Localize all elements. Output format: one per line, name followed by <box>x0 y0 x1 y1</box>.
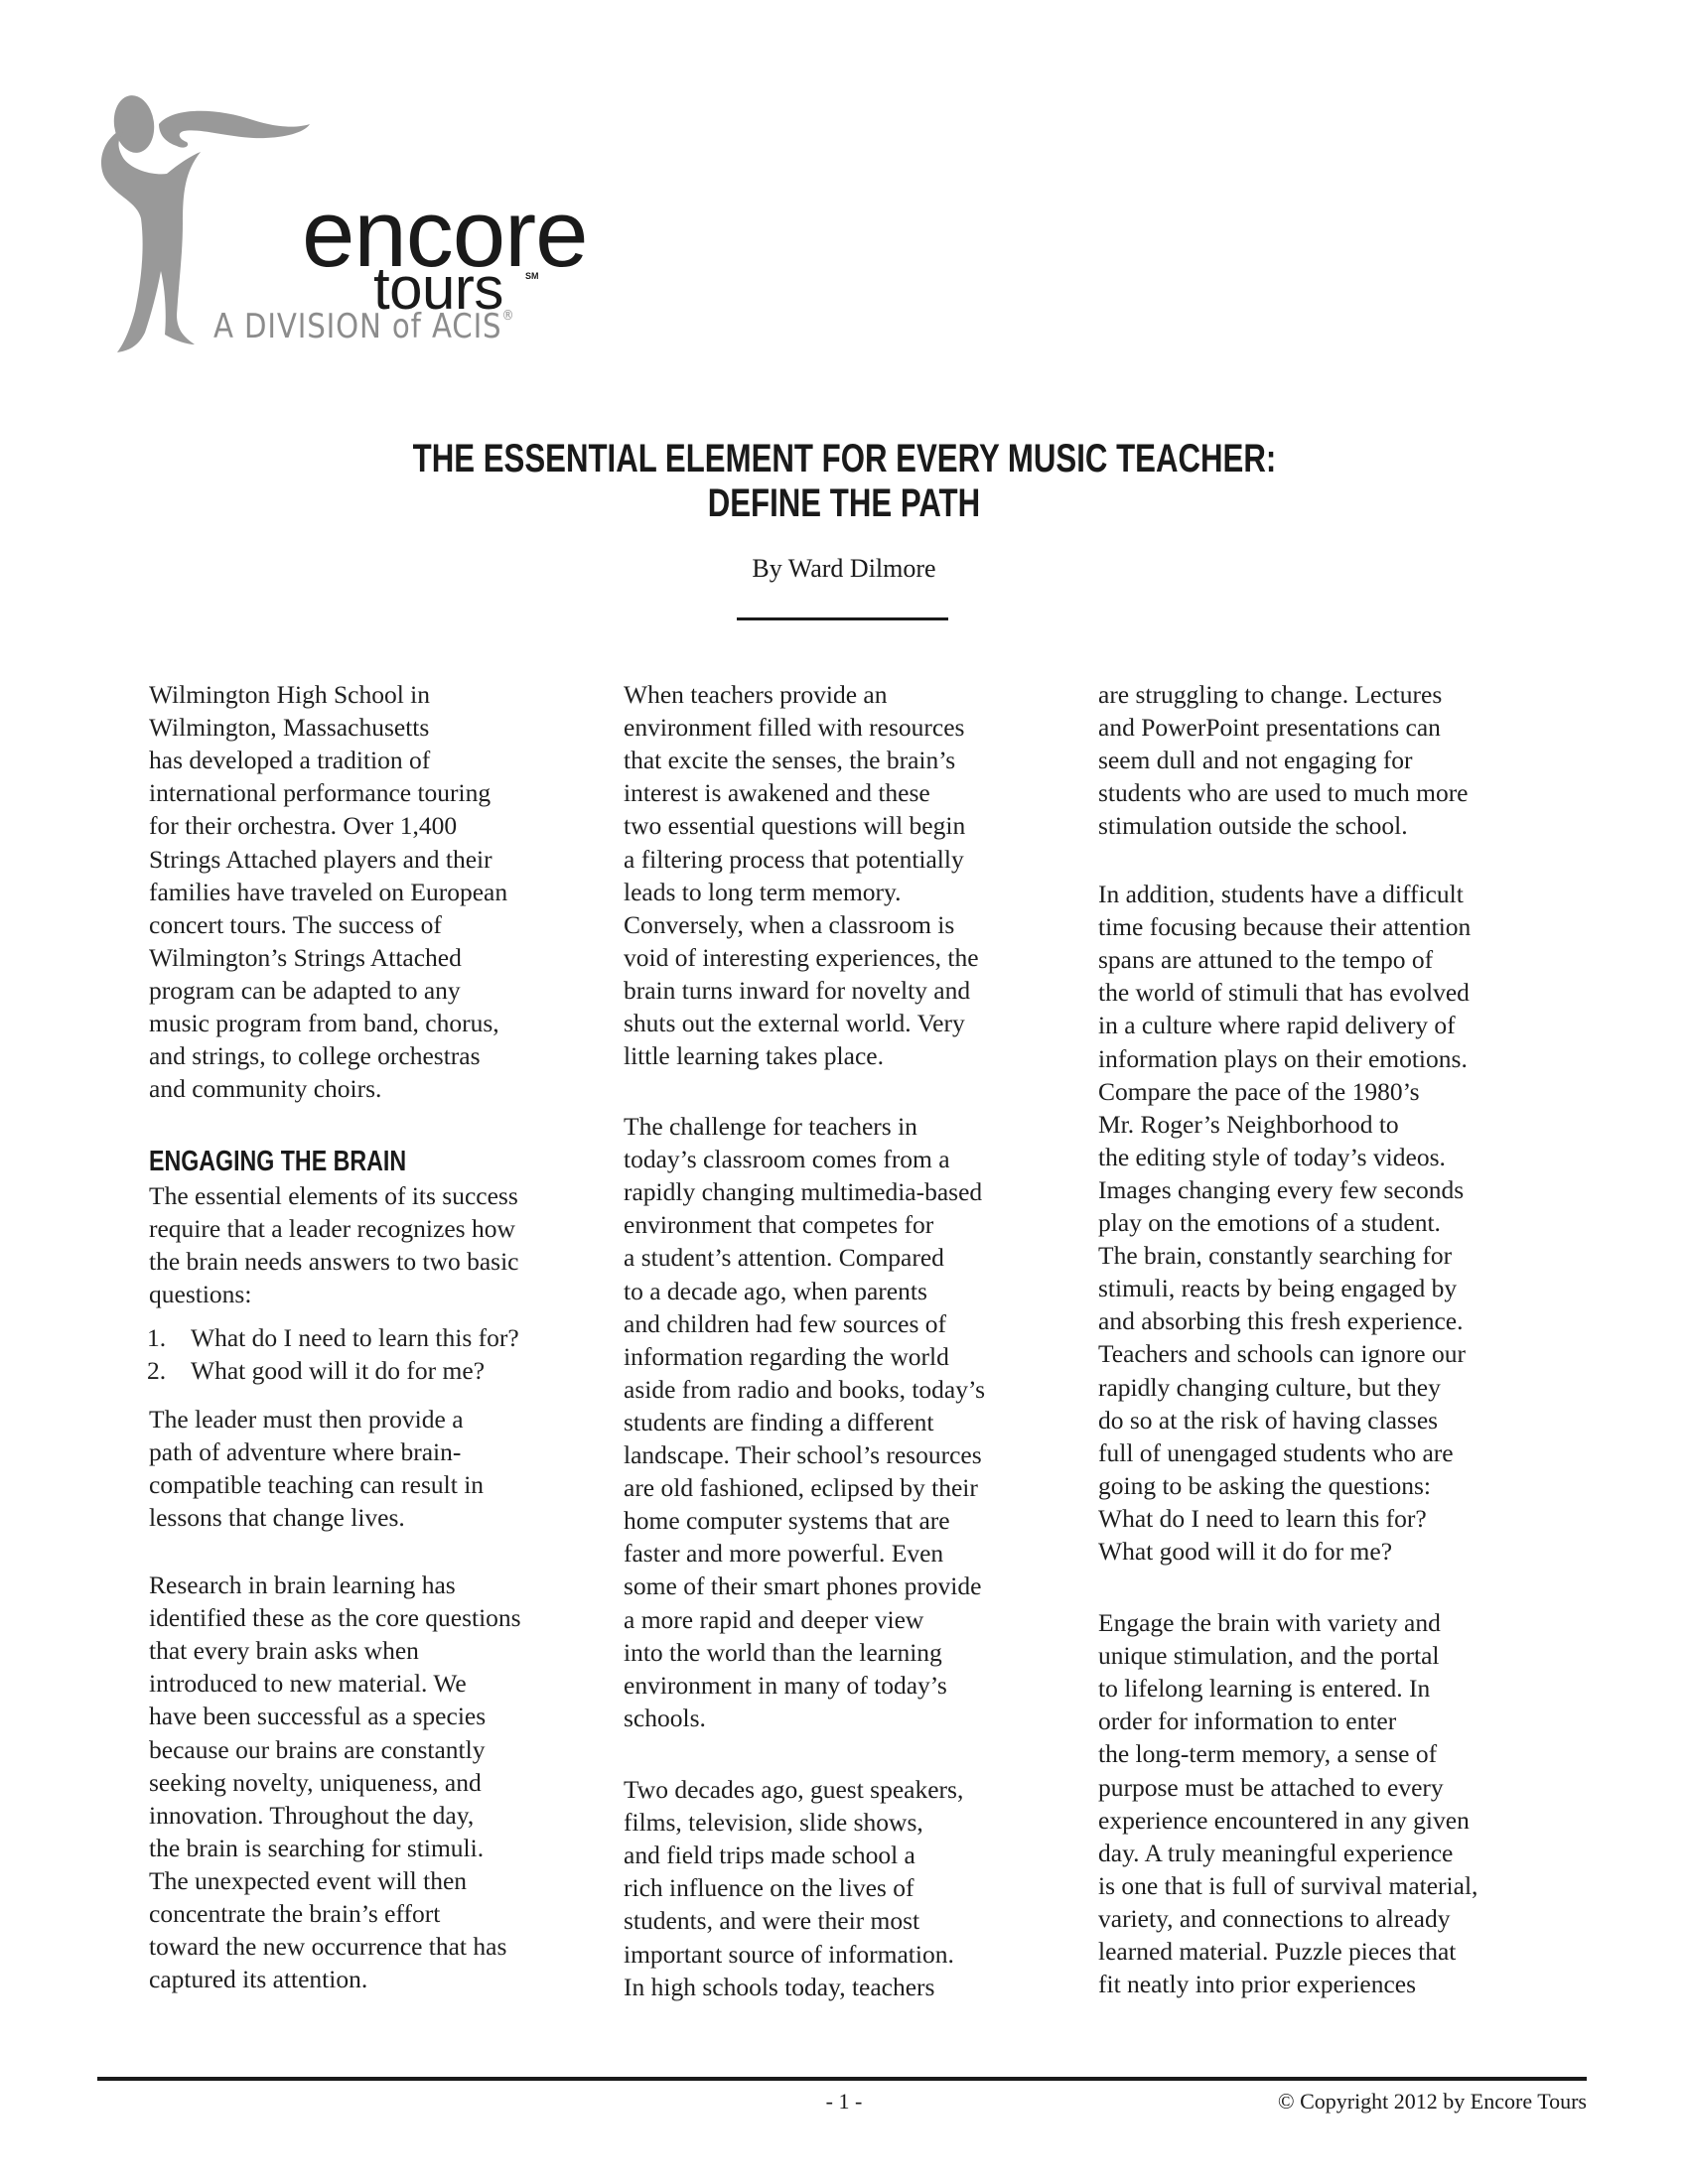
paragraph-line: going to be asking the questions: <box>1098 1471 1431 1501</box>
paragraph-line: The challenge for teachers in <box>624 1112 917 1142</box>
paragraph-line: fit neatly into prior experiences <box>1098 1970 1416 1999</box>
registered-mark: ® <box>501 308 513 324</box>
paragraph-line: today’s classroom comes from a <box>624 1145 950 1174</box>
paragraph-line: international performance touring <box>149 778 491 808</box>
paragraph-line: and field trips made school a <box>624 1841 915 1870</box>
copyright-notice: © Copyright 2012 by Encore Tours <box>1278 2089 1587 2115</box>
paragraph-line: play on the emotions of a student. <box>1098 1208 1441 1238</box>
division-text: A DIVISION of ACIS <box>213 307 501 346</box>
paragraph-line: shuts out the external world. Very <box>624 1009 965 1038</box>
paragraph-line: students who are used to much more <box>1098 778 1469 808</box>
document-page: encore tours SM A DIVISION of ACIS® THE … <box>0 0 1688 2184</box>
paragraph-line: environment filled with resources <box>624 713 964 743</box>
paragraph-line: the brain is searching for stimuli. <box>149 1834 484 1863</box>
paragraph-line: Wilmington, Massachusetts <box>149 713 429 743</box>
paragraph-line: The leader must then provide a <box>149 1405 464 1434</box>
paragraph-line: What good will it do for me? <box>1098 1537 1392 1567</box>
paragraph-line: are old fashioned, eclipsed by their <box>624 1473 978 1503</box>
paragraph-line: experience encountered in any given <box>1098 1806 1470 1836</box>
paragraph-line: into the world than the learning <box>624 1638 942 1668</box>
paragraph-line: because our brains are constantly <box>149 1735 485 1765</box>
paragraph-line: the brain needs answers to two basic <box>149 1247 518 1277</box>
paragraph-line: time focusing because their attention <box>1098 912 1471 942</box>
paragraph-line: In high schools today, teachers <box>624 1973 934 2002</box>
paragraph-line: to a decade ago, when parents <box>624 1277 927 1306</box>
paragraph-line: a more rapid and deeper view <box>624 1605 923 1635</box>
paragraph-line: music program from band, chorus, <box>149 1009 499 1038</box>
title-text-2: DEFINE THE PATH <box>708 481 980 526</box>
paragraph-line: for their orchestra. Over 1,400 <box>149 811 457 841</box>
article-title-line-1: THE ESSENTIAL ELEMENT FOR EVERY MUSIC TE… <box>0 437 1688 481</box>
paragraph-line: some of their smart phones provide <box>624 1571 981 1601</box>
paragraph-line: have been successful as a species <box>149 1702 486 1731</box>
paragraph-line: students, and were their most <box>624 1906 919 1936</box>
paragraph-line: The unexpected event will then <box>149 1866 467 1896</box>
encore-tours-logo: encore tours SM A DIVISION of ACIS® <box>79 84 556 382</box>
section-heading: ENGAGING THE BRAIN <box>149 1147 406 1176</box>
paragraph-line: is one that is full of survival material… <box>1098 1871 1477 1901</box>
paragraph-line: Compare the pace of the 1980’s <box>1098 1077 1420 1107</box>
paragraph-line: and strings, to college orchestras <box>149 1041 481 1071</box>
paragraph-line: aside from radio and books, today’s <box>624 1375 985 1405</box>
paragraph-line: and absorbing this fresh experience. <box>1098 1306 1464 1336</box>
paragraph-line: introduced to new material. We <box>149 1669 467 1699</box>
paragraph-line: innovation. Throughout the day, <box>149 1801 474 1831</box>
byline: By Ward Dilmore <box>0 554 1688 584</box>
paragraph-line: Research in brain learning has <box>149 1570 456 1600</box>
paragraph-line: that every brain asks when <box>149 1636 419 1666</box>
paragraph-line: identified these as the core questions <box>149 1603 521 1633</box>
paragraph-line: leads to long term memory. <box>624 878 902 907</box>
paragraph-line: void of interesting experiences, the <box>624 943 979 973</box>
list-text: What do I need to learn this for? <box>191 1323 519 1353</box>
paragraph-line: lessons that change lives. <box>149 1503 405 1533</box>
service-mark: SM <box>525 271 539 281</box>
paragraph-line: and PowerPoint presentations can <box>1098 713 1441 743</box>
paragraph-line: the editing style of today’s videos. <box>1098 1143 1446 1172</box>
paragraph-line: a student’s attention. Compared <box>624 1243 944 1273</box>
paragraph-line: In addition, students have a difficult <box>1098 880 1464 909</box>
paragraph-line: learned material. Puzzle pieces that <box>1098 1937 1456 1967</box>
title-divider <box>737 617 948 620</box>
paragraph-line: stimulation outside the school. <box>1098 811 1408 841</box>
paragraph-line: Teachers and schools can ignore our <box>1098 1339 1466 1369</box>
paragraph-line: day. A truly meaningful experience <box>1098 1839 1453 1868</box>
paragraph-line: schools. <box>624 1704 706 1733</box>
paragraph-line: environment in many of today’s <box>624 1671 947 1701</box>
paragraph-line: families have traveled on European <box>149 878 507 907</box>
list-number: 1. <box>147 1323 166 1353</box>
paragraph-line: a filtering process that potentially <box>624 845 964 875</box>
paragraph-line: seeking novelty, uniqueness, and <box>149 1768 482 1798</box>
paragraph-line: and community choirs. <box>149 1074 381 1104</box>
paragraph-line: are struggling to change. Lectures <box>1098 680 1442 710</box>
paragraph-line: Wilmington’s Strings Attached <box>149 943 462 973</box>
paragraph-line: information regarding the world <box>624 1342 949 1372</box>
paragraph-line: order for information to enter <box>1098 1706 1396 1736</box>
paragraph-line: toward the new occurrence that has <box>149 1932 506 1962</box>
paragraph-line: purpose must be attached to every <box>1098 1773 1444 1803</box>
paragraph-line: questions: <box>149 1280 251 1309</box>
paragraph-line: program can be adapted to any <box>149 976 461 1006</box>
paragraph-line: variety, and connections to already <box>1098 1904 1451 1934</box>
article-title-line-2: DEFINE THE PATH <box>0 481 1688 526</box>
list-text: What good will it do for me? <box>191 1356 485 1386</box>
paragraph-line: stimuli, reacts by being engaged by <box>1098 1274 1457 1303</box>
paragraph-line: important source of information. <box>624 1940 954 1970</box>
paragraph-line: environment that competes for <box>624 1210 933 1240</box>
paragraph-line: faster and more powerful. Even <box>624 1539 943 1569</box>
paragraph-line: When teachers provide an <box>624 680 888 710</box>
footer-divider <box>97 2077 1587 2081</box>
paragraph-line: compatible teaching can result in <box>149 1470 484 1500</box>
paragraph-line: rapidly changing culture, but they <box>1098 1373 1441 1403</box>
paragraph-line: little learning takes place. <box>624 1041 884 1071</box>
paragraph-line: rich influence on the lives of <box>624 1873 914 1903</box>
paragraph-line: Engage the brain with variety and <box>1098 1608 1441 1638</box>
paragraph-line: interest is awakened and these <box>624 778 930 808</box>
paragraph-line: Conversely, when a classroom is <box>624 910 954 940</box>
paragraph-line: do so at the risk of having classes <box>1098 1406 1438 1435</box>
paragraph-line: concentrate the brain’s effort <box>149 1899 440 1929</box>
paragraph-line: students are finding a different <box>624 1408 934 1437</box>
paragraph-line: concert tours. The success of <box>149 910 442 940</box>
paragraph-line: the long-term memory, a sense of <box>1098 1739 1437 1769</box>
paragraph-line: The brain, constantly searching for <box>1098 1241 1452 1271</box>
paragraph-line: brain turns inward for novelty and <box>624 976 970 1006</box>
paragraph-line: and children had few sources of <box>624 1309 946 1339</box>
paragraph-line: full of unengaged students who are <box>1098 1438 1454 1468</box>
paragraph-line: Images changing every few seconds <box>1098 1175 1464 1205</box>
paragraph-line: that excite the senses, the brain’s <box>624 746 955 775</box>
title-text-1: THE ESSENTIAL ELEMENT FOR EVERY MUSIC TE… <box>412 437 1276 481</box>
paragraph-line: captured its attention. <box>149 1965 367 1994</box>
paragraph-line: Strings Attached players and their <box>149 845 492 875</box>
paragraph-line: rapidly changing multimedia-based <box>624 1177 982 1207</box>
paragraph-line: in a culture where rapid delivery of <box>1098 1011 1456 1040</box>
paragraph-line: spans are attuned to the tempo of <box>1098 945 1433 975</box>
paragraph-line: has developed a tradition of <box>149 746 430 775</box>
paragraph-line: Wilmington High School in <box>149 680 430 710</box>
paragraph-line: What do I need to learn this for? <box>1098 1504 1427 1534</box>
paragraph-line: unique stimulation, and the portal <box>1098 1641 1439 1671</box>
paragraph-line: films, television, slide shows, <box>624 1808 923 1838</box>
paragraph-line: to lifelong learning is entered. In <box>1098 1674 1430 1704</box>
paragraph-line: require that a leader recognizes how <box>149 1214 515 1244</box>
paragraph-line: two essential questions will begin <box>624 811 965 841</box>
logo-division-tagline: A DIVISION of ACIS® <box>213 309 514 343</box>
list-number: 2. <box>147 1356 166 1386</box>
paragraph-line: seem dull and not engaging for <box>1098 746 1413 775</box>
paragraph-line: The essential elements of its success <box>149 1181 518 1211</box>
paragraph-line: landscape. Their school’s resources <box>624 1440 982 1470</box>
paragraph-line: Two decades ago, guest speakers, <box>624 1775 963 1805</box>
paragraph-line: the world of stimuli that has evolved <box>1098 978 1470 1008</box>
paragraph-line: Mr. Roger’s Neighborhood to <box>1098 1110 1399 1140</box>
paragraph-line: information plays on their emotions. <box>1098 1044 1468 1074</box>
paragraph-line: path of adventure where brain- <box>149 1437 461 1467</box>
paragraph-line: home computer systems that are <box>624 1506 950 1536</box>
